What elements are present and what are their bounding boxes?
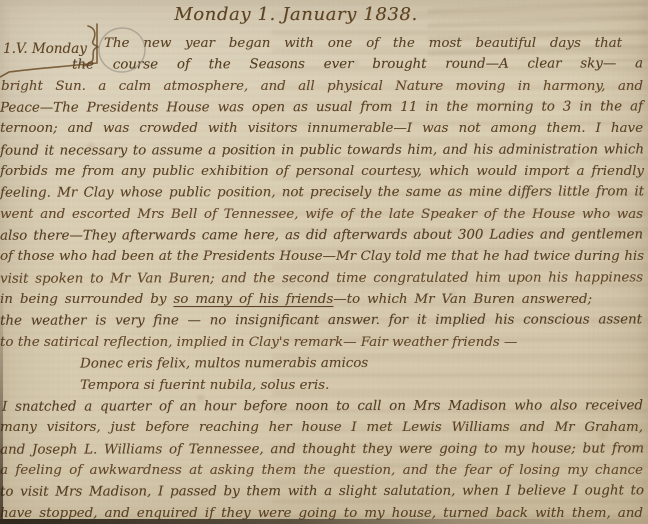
line-text: also there—They afterwards came here, as…: [0, 227, 643, 243]
line-text: and Joseph L. Williams of Tennessee, and…: [0, 441, 644, 457]
manuscript-line: The new year began with one of the most …: [0, 33, 648, 54]
manuscript-line: found it necessary to assume a position …: [0, 139, 648, 162]
line-text: —to which Mr Van Buren answered;: [333, 292, 592, 307]
manuscript-line: the course of the Seasons ever brought r…: [0, 54, 648, 77]
line-text: of those who had been at the Presidents …: [0, 249, 644, 264]
line-text: the course of the Seasons ever brought r…: [72, 57, 643, 73]
manuscript-line: forbids me from any public exhibition of…: [0, 161, 648, 182]
manuscript-line: visit spoken to Mr Van Buren; and the se…: [0, 267, 648, 290]
line-text: I snatched a quarter of an hour before n…: [2, 398, 643, 414]
manuscript-line: ternoon; and was crowded with visitors i…: [0, 118, 648, 139]
manuscript-line: to visit Mrs Madison, I passed by them w…: [0, 481, 648, 504]
manuscript-line: a feeling of awkwardness at asking them …: [0, 460, 648, 481]
line-text: in being surrounded by: [0, 292, 173, 307]
line-text: The new year began with one of the most …: [104, 36, 622, 51]
line-text: Peace—The Presidents House was open as u…: [0, 99, 643, 115]
line-text: have stopped, and enquired if they were …: [0, 506, 643, 521]
manuscript-line: to the satirical reflection, implied in …: [0, 332, 648, 353]
manuscript-line: went and escorted Mrs Bell of Tennessee,…: [0, 204, 648, 225]
manuscript-line: and Joseph L. Williams of Tennessee, and…: [0, 438, 648, 461]
line-text: to visit Mrs Madison, I passed by them w…: [0, 484, 644, 500]
manuscript-line: Peace—The Presidents House was open as u…: [0, 96, 648, 119]
manuscript-line: also there—They afterwards came here, as…: [0, 224, 648, 247]
line-text: visit spoken to Mr Van Buren; and the se…: [0, 270, 643, 286]
line-text: feeling. Mr Clay whose public position, …: [0, 185, 644, 201]
line-text: forbids me from any public exhibition of…: [0, 164, 644, 179]
entry-body: The new year began with one of the most …: [0, 33, 648, 524]
line-text: to the satirical reflection, implied in …: [0, 335, 517, 350]
line-text: Tempora si fuerint nubila, solus eris.: [80, 378, 329, 393]
manuscript-line: of those who had been at the Presidents …: [0, 246, 648, 267]
manuscript-page: Monday 1. January 1838. 1.V. Monday The …: [0, 0, 648, 524]
manuscript-line: Tempora si fuerint nubila, solus eris.: [0, 375, 648, 396]
line-text: found it necessary to assume a position …: [0, 142, 644, 158]
line-text: ternoon; and was crowded with visitors i…: [0, 121, 643, 136]
line-text: bright Sun. a calm atmosphere, and all p…: [1, 79, 643, 94]
entry-date-heading: Monday 1. January 1838.: [0, 4, 592, 25]
line-text: a feeling of awkwardness at asking them …: [0, 463, 643, 478]
manuscript-line: in being surrounded by so many of his fr…: [0, 289, 648, 310]
line-text: the weather is very fine — no insignific…: [0, 313, 642, 329]
manuscript-line: have stopped, and enquired if they were …: [0, 503, 648, 524]
manuscript-line: many visitors, just before reaching her …: [0, 417, 648, 438]
manuscript-line: I snatched a quarter of an hour before n…: [0, 395, 648, 418]
manuscript-line: bright Sun. a calm atmosphere, and all p…: [0, 76, 648, 97]
line-text: many visitors, just before reaching her …: [0, 420, 643, 435]
manuscript-line: Donec eris felix, multos numerabis amico…: [0, 352, 648, 375]
manuscript-line: feeling. Mr Clay whose public position, …: [0, 182, 648, 205]
manuscript-line: the weather is very fine — no insignific…: [0, 310, 648, 333]
line-text: Donec eris felix, multos numerabis amico…: [80, 356, 368, 372]
line-text: went and escorted Mrs Bell of Tennessee,…: [0, 207, 643, 222]
underlined-phrase: so many of his friends: [173, 292, 333, 307]
